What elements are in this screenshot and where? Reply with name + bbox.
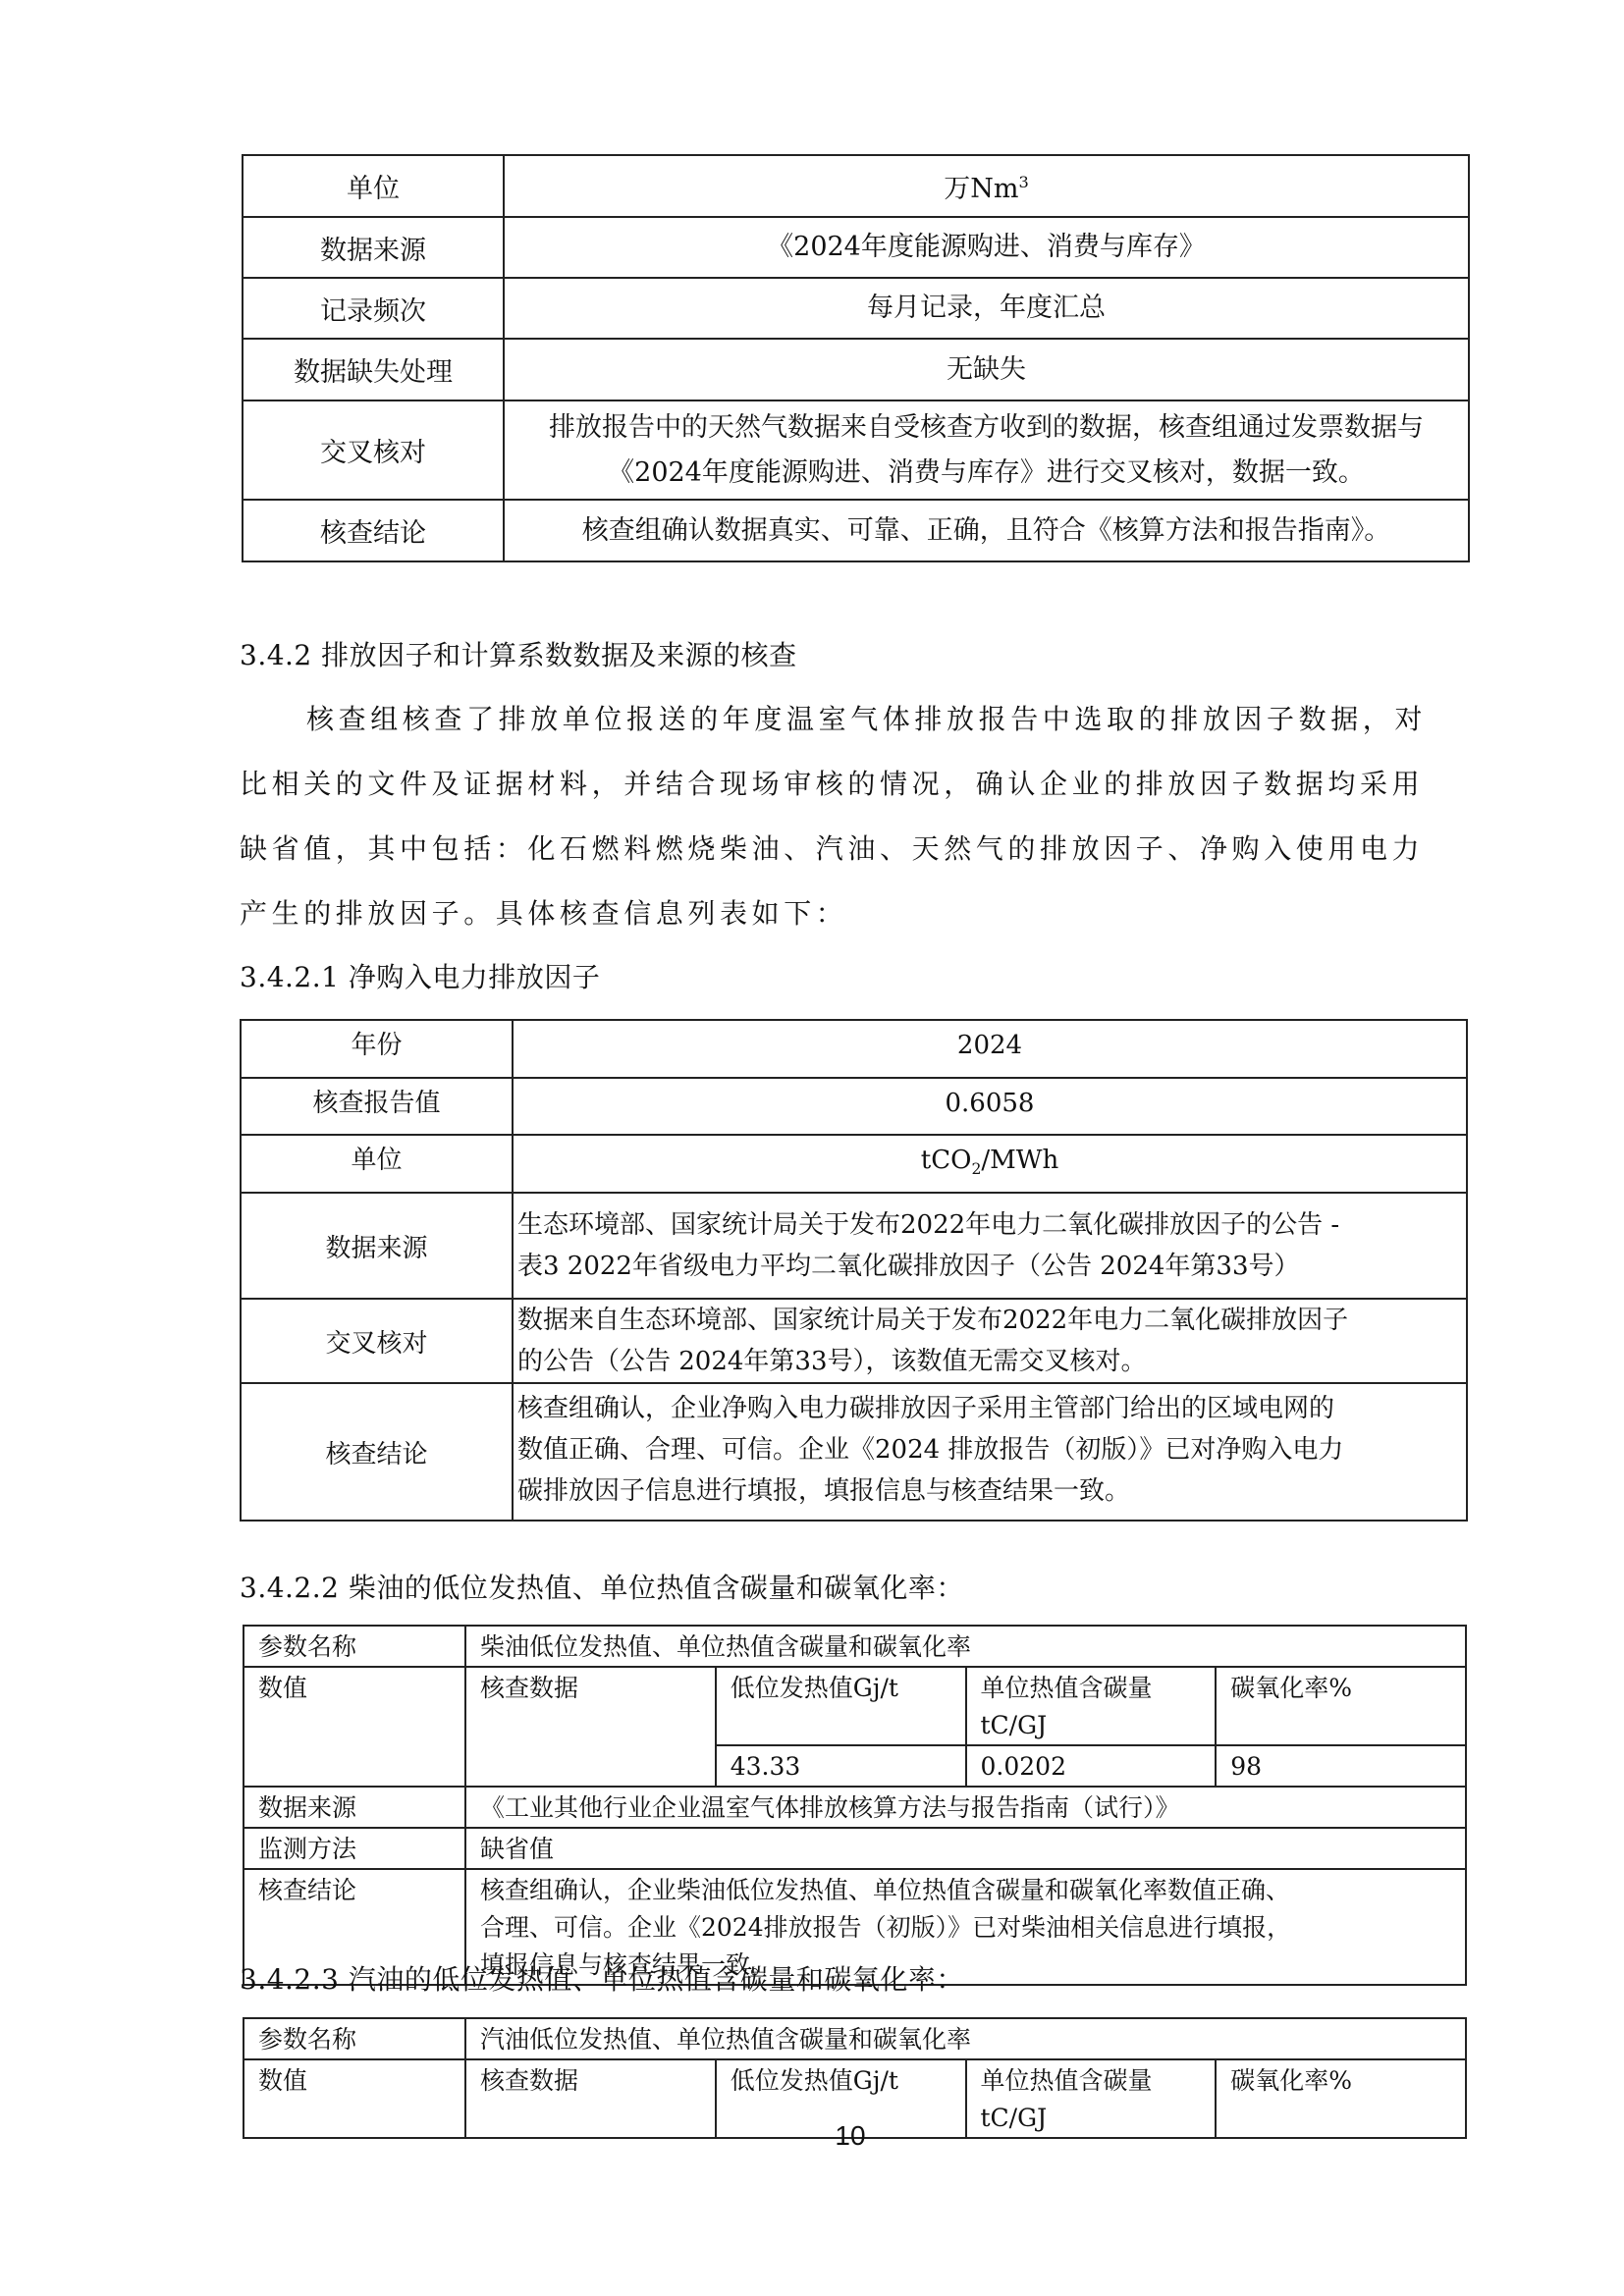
table-row: 核查报告值 0.6058 xyxy=(241,1078,1467,1135)
electricity-emission-factor-table: 年份 2024 核查报告值 0.6058 单位 tCO2/MWh 数据来源 生态… xyxy=(240,1019,1468,1522)
col-value: 43.33 xyxy=(716,1745,966,1787)
row-value: 2024 xyxy=(513,1020,1467,1078)
row-value: 数据来自生态环境部、国家统计局关于发布2022年电力二氧化碳排放因子 的公告（公… xyxy=(513,1299,1467,1383)
value-line: 数值正确、合理、可信。企业《2024 排放报告（初版）》已对净购入电力 xyxy=(517,1429,1462,1470)
col-header: 单位热值含碳量tC/GJ xyxy=(966,2059,1217,2138)
row-value: 0.6058 xyxy=(513,1078,1467,1135)
row-value: 核查组确认，企业净购入电力碳排放因子采用主管部门给出的区域电网的 数值正确、合理… xyxy=(513,1383,1467,1521)
method-value: 缺省值 xyxy=(465,1828,1466,1869)
source-label: 数据来源 xyxy=(244,1787,465,1828)
row-value: tCO2/MWh xyxy=(513,1135,1467,1193)
paragraph-line: 核查组核查了排放单位报送的年度温室气体排放报告中选取的排放因子数据，对 xyxy=(240,687,1469,752)
table-row: 核查结论 核查组确认数据真实、可靠、正确，且符合《核算方法和报告指南》。 xyxy=(243,500,1469,561)
value-line: 合理、可信。企业《2024排放报告（初版）》已对柴油相关信息进行填报， xyxy=(480,1909,1465,1947)
value-line: 核查组确认，企业净购入电力碳排放因子采用主管部门给出的区域电网的 xyxy=(517,1388,1462,1429)
section-heading-3-4-2-1: 3.4.2.1 净购入电力排放因子 xyxy=(240,956,600,995)
param-name-label: 参数名称 xyxy=(244,2018,465,2059)
source-value: 《工业其他行业企业温室气体排放核算方法与报告指南（试行）》 xyxy=(465,1787,1466,1828)
section-heading-3-4-2: 3.4.2 排放因子和计算系数数据及来源的核查 xyxy=(240,634,797,673)
col-header: 单位热值含碳量tC/GJ xyxy=(966,1667,1217,1745)
table-row: 核查结论 核查组确认，企业净购入电力碳排放因子采用主管部门给出的区域电网的 数值… xyxy=(241,1383,1467,1521)
table-row: 参数名称 柴油低位发热值、单位热值含碳量和碳氧化率 xyxy=(244,1626,1466,1667)
row-value: 无缺失 xyxy=(504,339,1469,400)
paragraph-line: 产生的排放因子。具体核查信息列表如下： xyxy=(240,881,1469,946)
table-row: 数据来源 《工业其他行业企业温室气体排放核算方法与报告指南（试行）》 xyxy=(244,1787,1466,1828)
col-header: 低位发热值Gj/t xyxy=(716,1667,966,1745)
unit-prefix: tCO xyxy=(921,1146,972,1175)
section-paragraph: 核查组核查了排放单位报送的年度温室气体排放报告中选取的排放因子数据，对 比相关的… xyxy=(240,687,1469,946)
table-row: 记录频次 每月记录，年度汇总 xyxy=(243,278,1469,339)
row-value: 每月记录，年度汇总 xyxy=(504,278,1469,339)
row-label: 单位 xyxy=(241,1135,513,1193)
row-value: 排放报告中的天然气数据来自受核查方收到的数据，核查组通过发票数据与 《2024年… xyxy=(504,400,1469,500)
row-label: 单位 xyxy=(243,155,504,217)
table-row: 监测方法 缺省值 xyxy=(244,1828,1466,1869)
table-row: 单位 万Nm3 xyxy=(243,155,1469,217)
table-row: 交叉核对 数据来自生态环境部、国家统计局关于发布2022年电力二氧化碳排放因子 … xyxy=(241,1299,1467,1383)
paragraph-line: 缺省值，其中包括：化石燃料燃烧柴油、汽油、天然气的排放因子、净购入使用电力 xyxy=(240,817,1469,881)
table-row: 数据来源 生态环境部、国家统计局关于发布2022年电力二氧化碳排放因子的公告 -… xyxy=(241,1193,1467,1299)
row-label: 交叉核对 xyxy=(241,1299,513,1383)
value-line: 生态环境部、国家统计局关于发布2022年电力二氧化碳排放因子的公告 - xyxy=(517,1204,1462,1246)
col-value: 98 xyxy=(1216,1745,1466,1787)
param-name-label: 参数名称 xyxy=(244,1626,465,1667)
table-row: 数值 核查数据 低位发热值Gj/t 单位热值含碳量tC/GJ 碳氧化率% xyxy=(244,1667,1466,1745)
page-number: 10 xyxy=(811,2120,890,2152)
paragraph-line: 比相关的文件及证据材料，并结合现场审核的情况，确认企业的排放因子数据均采用 xyxy=(240,752,1469,817)
row-value: 万Nm3 xyxy=(504,155,1469,217)
table-row: 单位 tCO2/MWh xyxy=(241,1135,1467,1193)
unit-suffix: /MWh xyxy=(981,1146,1058,1175)
row-value: 核查组确认数据真实、可靠、正确，且符合《核算方法和报告指南》。 xyxy=(504,500,1469,561)
value-line: 数据来自生态环境部、国家统计局关于发布2022年电力二氧化碳排放因子 xyxy=(517,1300,1462,1341)
col-value: 0.0202 xyxy=(966,1745,1217,1787)
table-row: 数据缺失处理 无缺失 xyxy=(243,339,1469,400)
natural-gas-data-table: 单位 万Nm3 数据来源 《2024年度能源购进、消费与库存》 记录频次 每月记… xyxy=(242,154,1470,562)
check-data-label: 核查数据 xyxy=(465,2059,716,2138)
value-line: 排放报告中的天然气数据来自受核查方收到的数据，核查组通过发票数据与 xyxy=(513,405,1460,451)
value-line: 碳排放因子信息进行填报，填报信息与核查结果一致。 xyxy=(517,1470,1462,1512)
col-header: 碳氧化率% xyxy=(1216,1667,1466,1745)
row-label: 核查报告值 xyxy=(241,1078,513,1135)
row-label: 交叉核对 xyxy=(243,400,504,500)
row-value: 《2024年度能源购进、消费与库存》 xyxy=(504,217,1469,278)
row-label: 核查结论 xyxy=(243,500,504,561)
param-name-value: 柴油低位发热值、单位热值含碳量和碳氧化率 xyxy=(465,1626,1466,1667)
param-name-value: 汽油低位发热值、单位热值含碳量和碳氧化率 xyxy=(465,2018,1466,2059)
table-row: 数据来源 《2024年度能源购进、消费与库存》 xyxy=(243,217,1469,278)
value-line: 的公告（公告 2024年第33号），该数值无需交叉核对。 xyxy=(517,1341,1462,1382)
row-label: 数据来源 xyxy=(243,217,504,278)
table-row: 年份 2024 xyxy=(241,1020,1467,1078)
row-value: 生态环境部、国家统计局关于发布2022年电力二氧化碳排放因子的公告 - 表3 2… xyxy=(513,1193,1467,1299)
method-label: 监测方法 xyxy=(244,1828,465,1869)
table-row: 交叉核对 排放报告中的天然气数据来自受核查方收到的数据，核查组通过发票数据与 《… xyxy=(243,400,1469,500)
value-line: 表3 2022年省级电力平均二氧化碳排放因子（公告 2024年第33号） xyxy=(517,1246,1462,1287)
section-heading-3-4-2-3: 3.4.2.3 汽油的低位发热值、单位热值含碳量和碳氧化率： xyxy=(240,1958,964,1998)
col-header: 碳氧化率% xyxy=(1216,2059,1466,2138)
value-label: 数值 xyxy=(244,1667,465,1787)
check-data-label: 核查数据 xyxy=(465,1667,716,1787)
unit-value: 万Nm xyxy=(944,174,1018,204)
unit-subscript: 2 xyxy=(971,1160,981,1178)
value-label: 数值 xyxy=(244,2059,465,2138)
section-heading-3-4-2-2: 3.4.2.2 柴油的低位发热值、单位热值含碳量和碳氧化率： xyxy=(240,1567,964,1606)
value-line: 《2024年度能源购进、消费与库存》进行交叉核对，数据一致。 xyxy=(513,451,1460,496)
value-line: 核查组确认，企业柴油低位发热值、单位热值含碳量和碳氧化率数值正确、 xyxy=(480,1872,1465,1909)
row-label: 记录频次 xyxy=(243,278,504,339)
row-label: 数据来源 xyxy=(241,1193,513,1299)
unit-superscript: 3 xyxy=(1018,173,1028,191)
table-row: 参数名称 汽油低位发热值、单位热值含碳量和碳氧化率 xyxy=(244,2018,1466,2059)
diesel-parameters-table: 参数名称 柴油低位发热值、单位热值含碳量和碳氧化率 数值 核查数据 低位发热值G… xyxy=(243,1625,1467,1986)
row-label: 核查结论 xyxy=(241,1383,513,1521)
row-label: 数据缺失处理 xyxy=(243,339,504,400)
row-label: 年份 xyxy=(241,1020,513,1078)
